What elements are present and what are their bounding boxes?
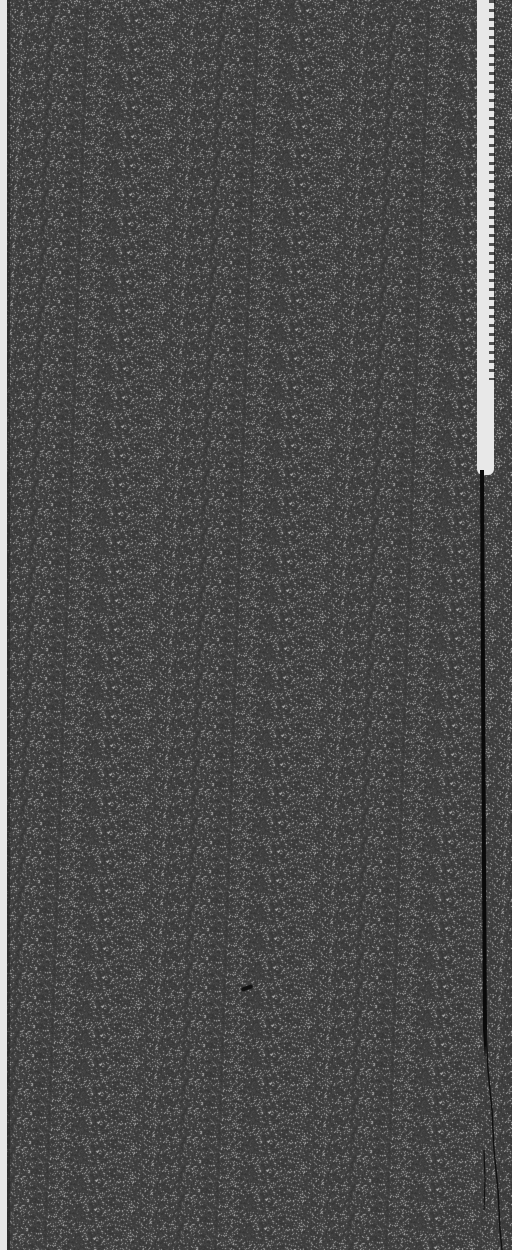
left-line-edge (7, 0, 10, 1250)
road-surface (0, 0, 512, 1250)
pavement-crack (478, 470, 488, 1060)
left-lane-line (0, 0, 7, 1250)
right-line-worn-edge (489, 0, 495, 380)
hairline-crack (482, 1030, 512, 1250)
asphalt-texture (0, 0, 512, 1250)
